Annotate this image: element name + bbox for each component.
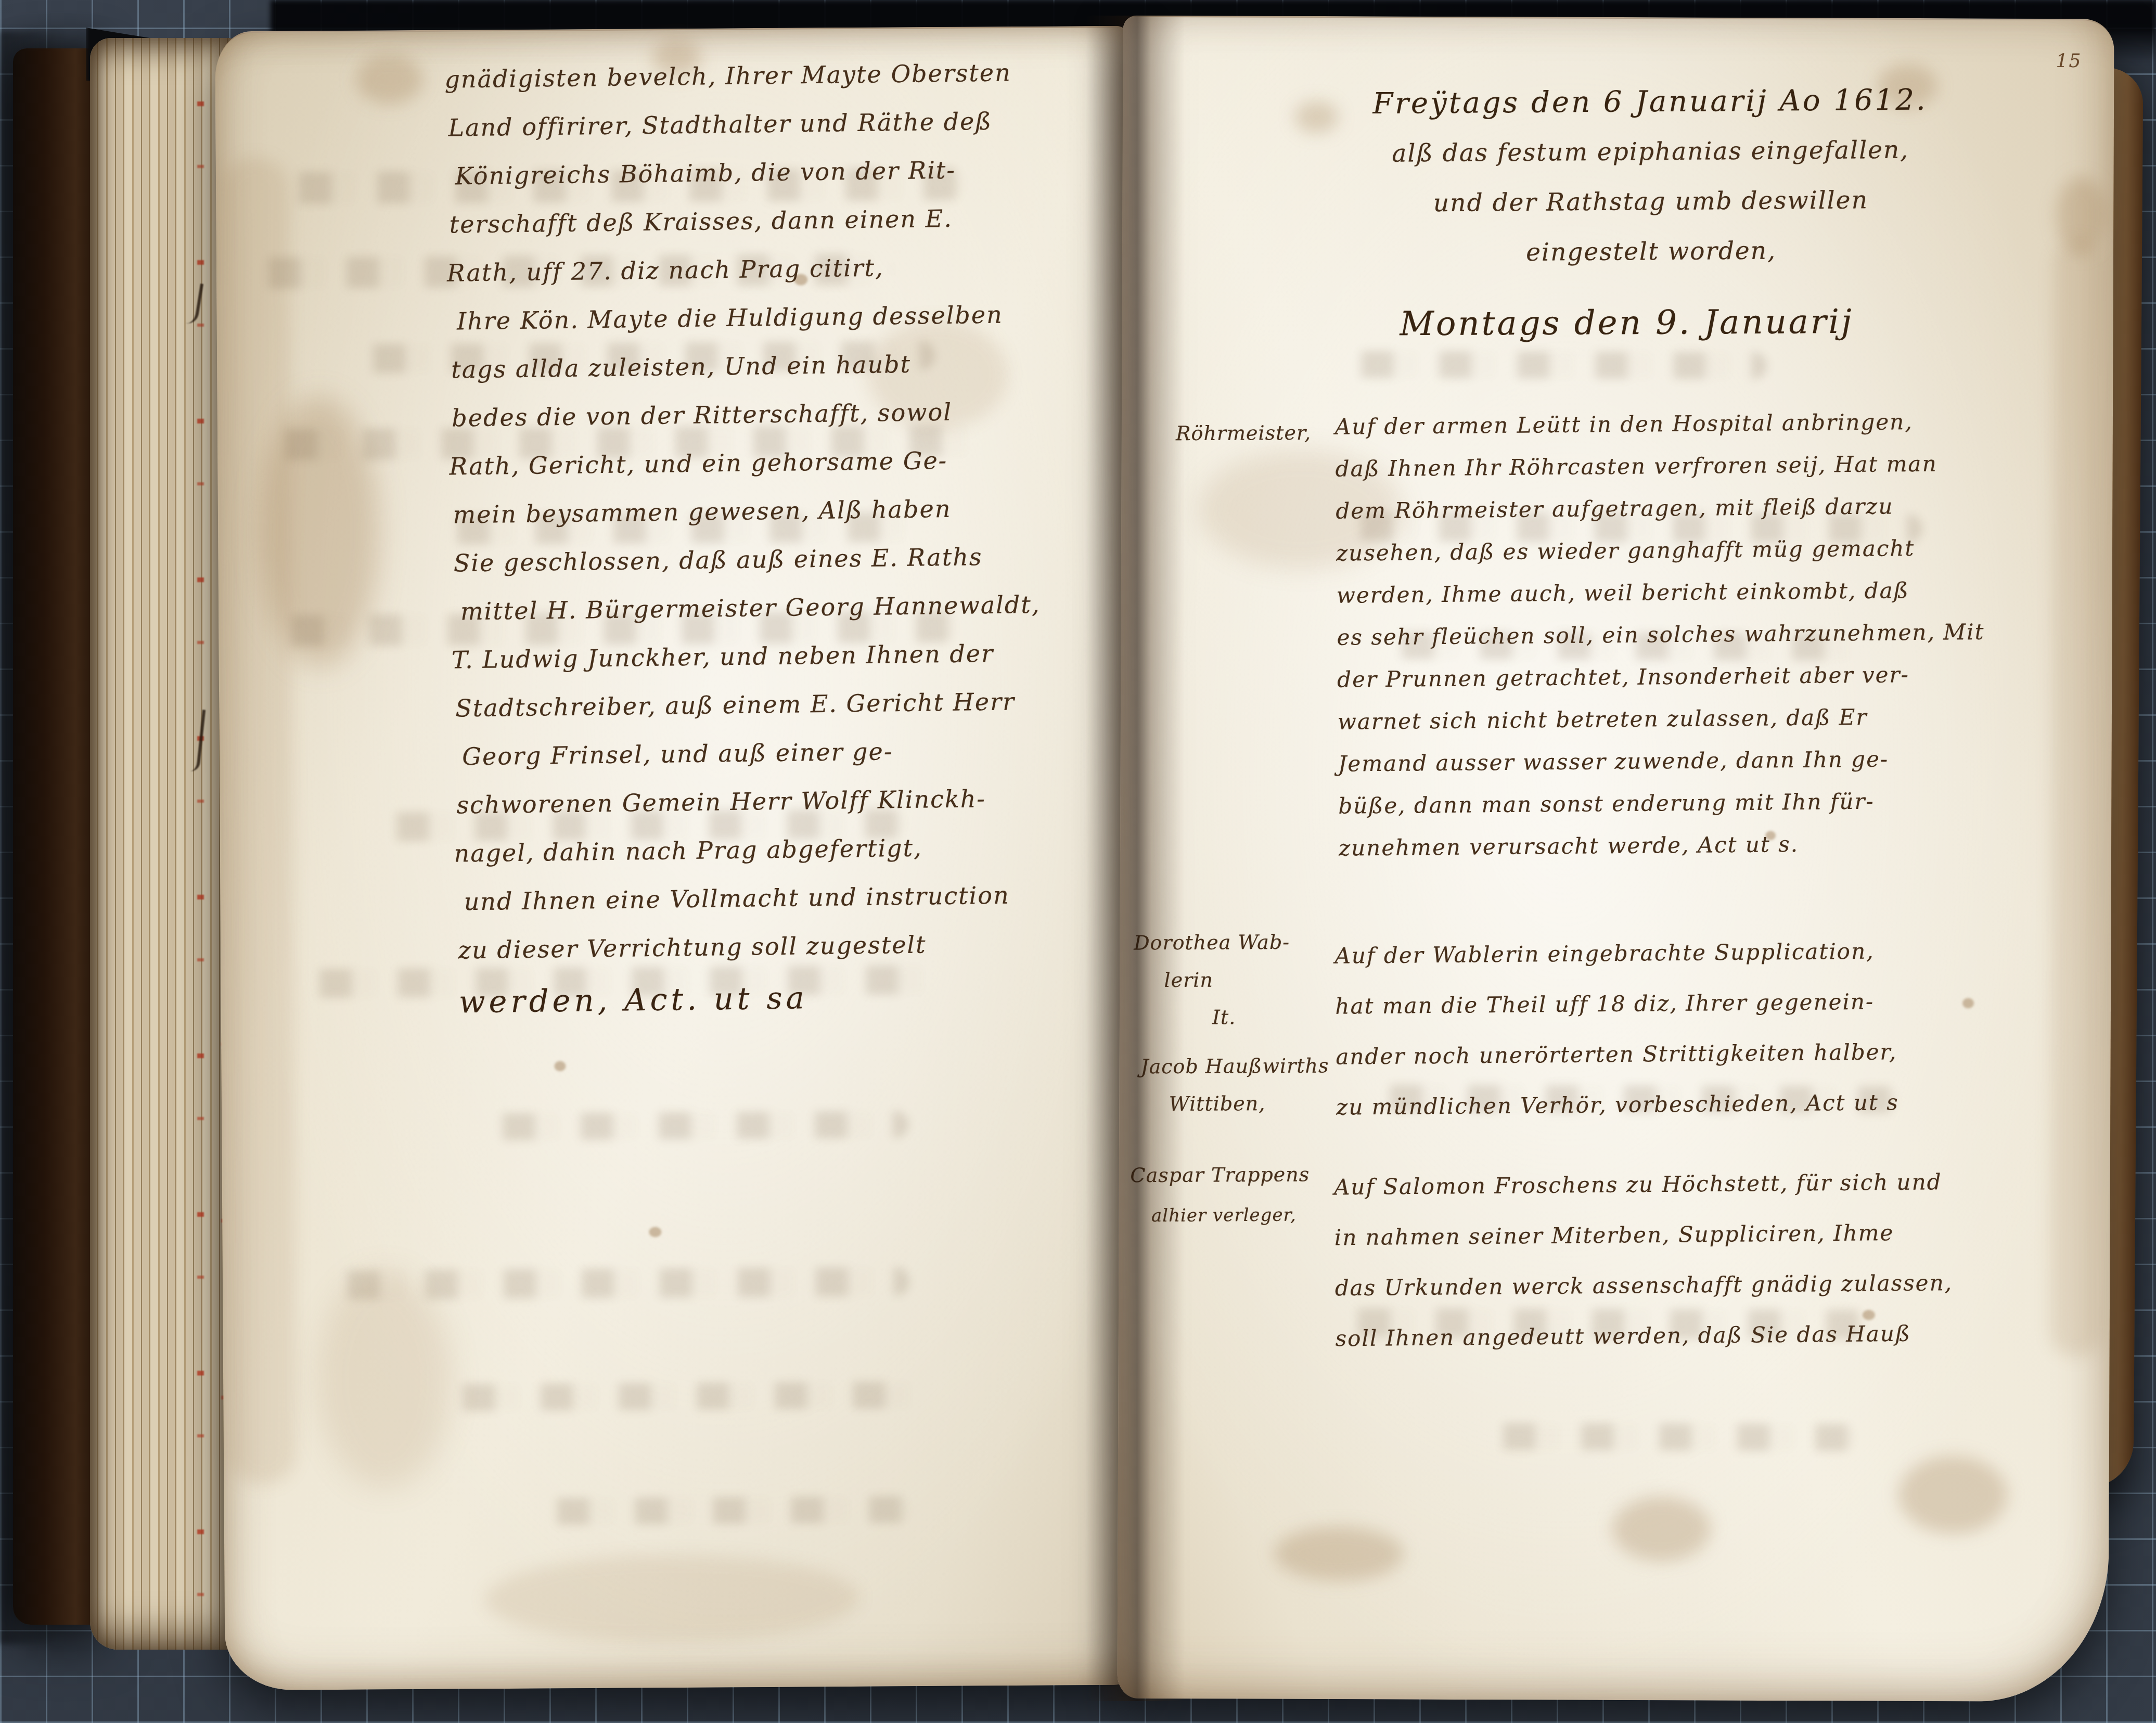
entry-date-subheader: Montags den 9. Januarij [1299,302,1954,344]
manuscript-line: zusehen, daß es wieder ganghafft müg gem… [1336,526,1984,574]
manuscript-line: T. Ludwig Junckher, und neben Ihnen der [452,628,1121,685]
manuscript-line: mittel H. Bürgermeister Georg Hannewaldt… [460,580,1120,636]
foxing-spot [554,1061,566,1071]
manuscript-line: Auf Salomon Froschens zu Höchstett, für … [1334,1156,1952,1212]
paper-stain [221,158,297,1485]
manuscript-line: Ihre Kön. Mayte die Huldigung desselben [457,289,1117,345]
manuscript-line: Georg Frinsel, und auß einer ge- [462,725,1122,781]
manuscript-line: warnet sich nicht betreten zulassen, daß… [1338,695,1986,743]
council-entry: Dorothea Wab-lerinIt.Jacob HaußwirthsWit… [1123,17,2114,21]
manuscript-line: büße, dann man sonst enderung mit Ihn fü… [1338,779,1986,827]
manuscript-line: werden, Ihme auch, weil bericht einkombt… [1336,569,1984,616]
manuscript-line: Auf der Wablerin eingebrachte Supplicati… [1334,925,1897,981]
margin-note: Caspar Trappensalhier verleger, [1130,1154,1310,1236]
manuscript-line: Rath, Gericht, und ein gehorsame Ge- [449,434,1119,491]
margin-note: Röhrmeister, [1176,414,1312,453]
ink-bleed-smudge [1482,1423,1857,1451]
manuscript-line: Sie geschlossen, daß auß eines E. Raths [453,531,1120,588]
council-entry: Caspar Trappensalhier verleger, Auf Salo… [1123,17,2114,21]
margin-note-line: Röhrmeister, [1176,414,1312,453]
manuscript-line: zu mündlichen Verhör, vorbeschieden, Act… [1336,1077,1899,1132]
book-spine-leather [13,48,102,1625]
manuscript-line: und Ihnen eine Vollmacht und instruction [464,870,1124,926]
manuscript-line: tags allda zuleisten, Und ein haubt [451,338,1118,394]
council-entry: Röhrmeister, Auf der armen Leütt in den … [1123,17,2114,21]
manuscript-line: Land offirirer, Stadthalter und Räthe de… [448,96,1114,152]
foxing-spot [649,1227,661,1237]
ink-bleed-smudge [327,1267,909,1300]
manuscript-line: Jemand ausser wasser zuwende, dann Ihn g… [1338,737,1986,785]
margin-note: Dorothea Wab-lerinIt.Jacob HaußwirthsWit… [1134,923,1329,1123]
entry-body: Auf der Wablerin eingebrachte Supplicati… [1334,925,1899,1132]
paper-stain [484,1553,859,1644]
ink-bleed-smudge [1340,351,1767,379]
paper-stain [259,396,380,667]
entry-body: Auf Salomon Froschens zu Höchstett, für … [1334,1156,1954,1364]
manuscript-line: soll Ihnen angedeutt werden, daß Sie das… [1335,1308,1953,1364]
paper-stain [316,1270,453,1489]
margin-note-line: Jacob Haußwirths [1140,1047,1329,1085]
margin-note-line: alhier verleger, [1151,1194,1310,1236]
entry-body: Auf der armen Leütt in den Hospital anbr… [1335,400,1987,869]
manuscript-line: schworenen Gemein Herr Wolff Klinckh- [456,773,1123,830]
header-line: eingestelt worden, [1320,225,1982,279]
manuscript-line: daß Ihnen Ihr Röhrcasten verfroren seij,… [1335,442,1983,490]
manuscript-line: das Urkunden werck assenschafft gnädig z… [1334,1257,1953,1313]
manuscript-line: Auf der armen Leütt in den Hospital anbr… [1335,400,1983,448]
ink-bleed-smudge [442,1381,920,1411]
manuscript-line: Königreichs Böhaimb, die von der Rit- [455,144,1115,200]
manuscript-line: terschafft deß Kraisses, dann einen E. [449,192,1115,249]
left-page: gnädigisten bevelch, Ihrer Mayte Oberste… [215,26,1139,1691]
manuscript-line: ander noch unerörterten Strittigkeiten h… [1336,1026,1898,1082]
manuscript-line: Stadtschreiber, auß einem E. Gericht Her… [455,676,1122,733]
entry-date-header: Freÿtags den 6 Januarij Ao 1612.alß das … [1319,75,1982,279]
margin-note-line: lerin [1164,960,1329,999]
manuscript-book: gnädigisten bevelch, Ihrer Mayte Oberste… [13,8,2135,1700]
header-line: und der Rathstag umb deswillen [1320,175,1982,229]
manuscript-line: bedes die von der Ritterschafft, sowol [452,386,1118,443]
left-page-text: gnädigisten bevelch, Ihrer Mayte Oberste… [447,47,1125,1026]
margin-note-line: Caspar Trappens [1130,1154,1310,1195]
margin-note-line: Dorothea Wab- [1134,923,1329,961]
manuscript-line: zunehmen verursacht werde, Act ut s. [1339,821,1987,869]
margin-note-line: It. [1212,998,1329,1036]
margin-note-line: Wittiben, [1169,1084,1330,1123]
manuscript-line: dem Röhrmeister aufgetragen, mit fleiß d… [1336,484,1984,532]
page-stack-fore-edge [90,38,232,1650]
paper-stain [1274,1526,1404,1581]
paper-stain [2050,239,2106,1357]
foxing-spot [1962,998,1974,1008]
manuscript-line: Rath, uff 27. diz nach Prag citirt, [446,241,1116,298]
header-line: alß das festum epiphanias eingefallen, [1320,125,1981,179]
paper-stain [1612,1496,1711,1562]
manuscript-line: der Prunnen getrachtet, Insonderheit abe… [1337,653,1985,701]
paper-stain [1898,1456,2008,1534]
right-page: 15 Freÿtags den 6 Januarij Ao 1612.alß d… [1117,16,2114,1702]
manuscript-line: in nahmen seiner Miterben, Suppliciren, … [1334,1207,1952,1263]
ink-bleed-smudge [482,1111,908,1140]
manuscript-line: gnädigisten bevelch, Ihrer Mayte Oberste… [444,47,1114,104]
manuscript-line: werden, Act. ut sa [459,970,1125,1026]
manuscript-line: es sehr fleüchen soll, ein solches wahrz… [1337,611,1985,659]
manuscript-line: mein beysammen gewesen, Alß haben [453,483,1119,539]
paper-stain [2056,176,2106,254]
folio-number: 15 [2056,50,2082,72]
manuscript-line: hat man die Theil uff 18 diz, Ihrer gege… [1335,976,1898,1031]
ink-bleed-smudge [536,1496,911,1525]
paper-stain [356,55,424,105]
manuscript-line: zu dieser Verrichtung soll zugestelt [458,918,1124,975]
header-line: Freÿtags den 6 Januarij Ao 1612. [1319,75,1981,130]
manuscript-line: nagel, dahin nach Prag abgefertigt, [454,821,1123,878]
